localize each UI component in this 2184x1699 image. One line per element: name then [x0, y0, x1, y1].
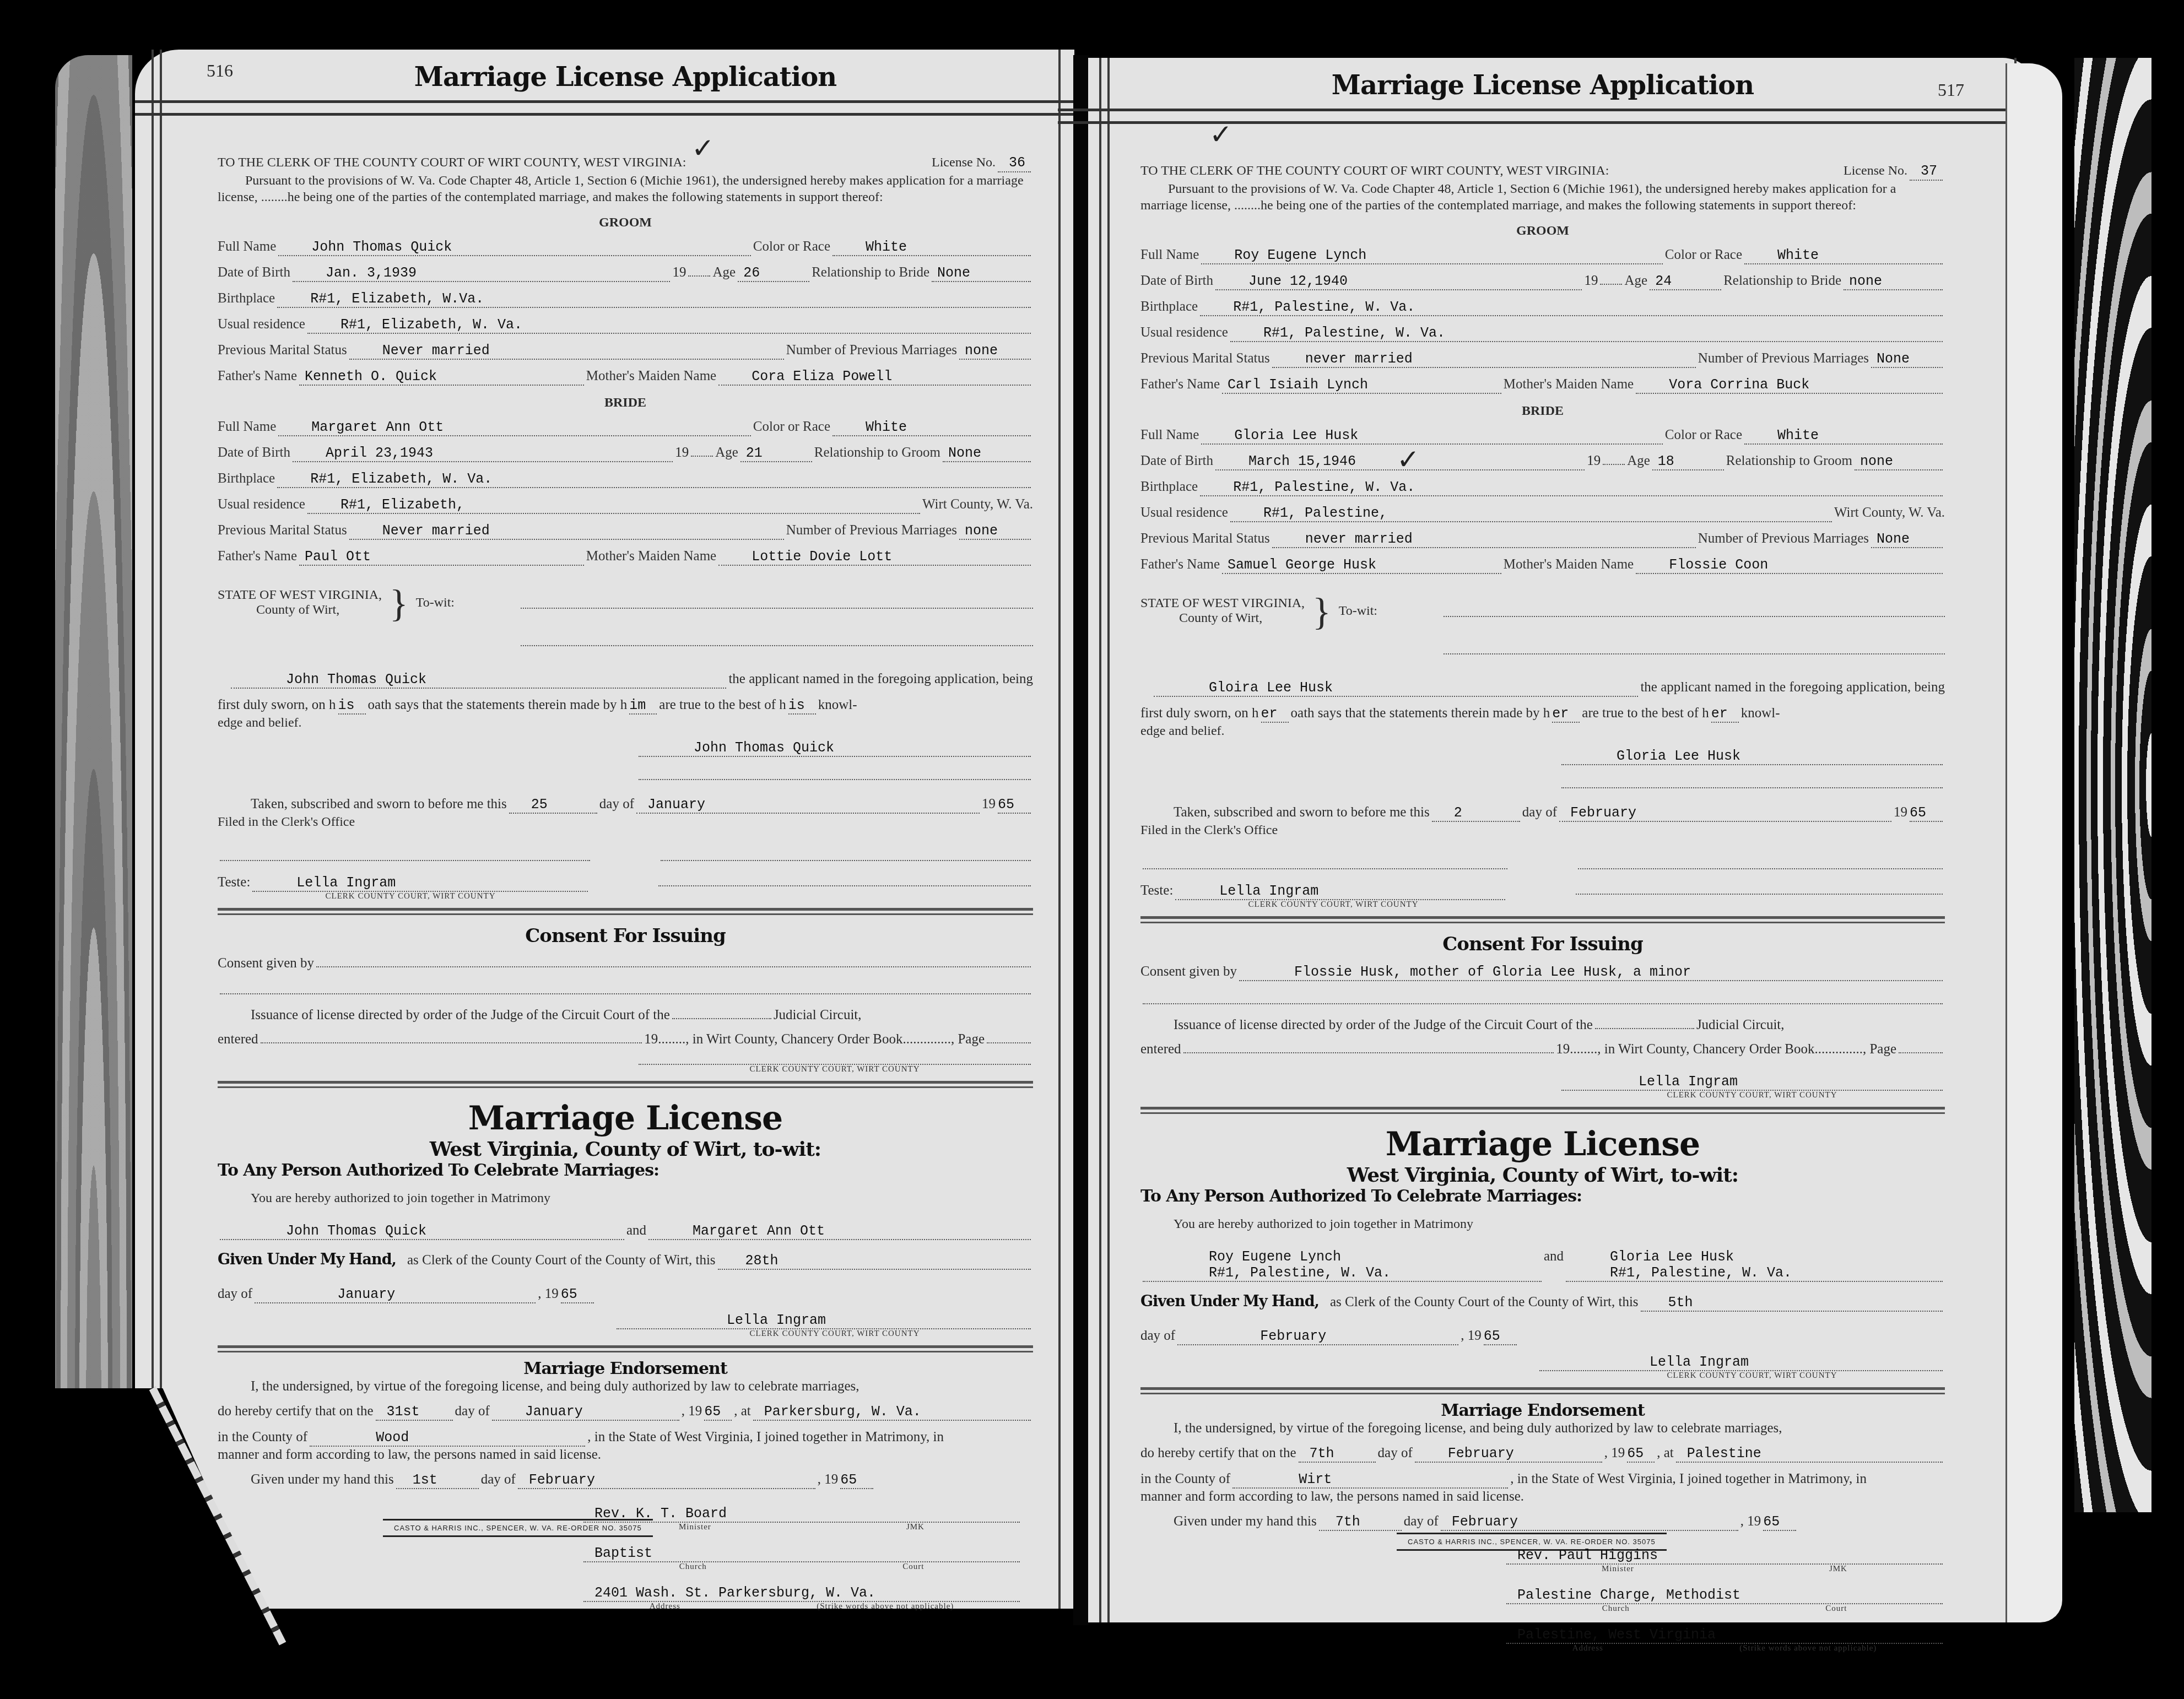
groom-age: 24 [1650, 273, 1721, 290]
form-element: Teste:Lella Ingram [1140, 880, 1945, 900]
form-text: Previous Marital Status [218, 523, 347, 538]
form-element: Roy Eugene LynchR#1, Palestine, W. Va. [1143, 1249, 1542, 1282]
form-text: Birthplace [218, 471, 275, 486]
form-element: Issuance of license directed by order of… [1174, 1018, 1945, 1033]
groom-full-name: John Thomas Quick [278, 239, 751, 256]
form-text: 5th [1641, 1295, 1943, 1312]
form-text: Wirt County, W. Va. [922, 497, 1033, 512]
form-text: Father's Name [1140, 557, 1220, 572]
form-text: , 19 [818, 1472, 839, 1487]
form-element: BirthplaceR#1, Palestine, W. Va. [1140, 299, 1945, 316]
form-text: in the County of [218, 1430, 307, 1445]
form-text: 65 [1627, 1446, 1655, 1463]
bride-residence: R#1, Palestine, [1230, 505, 1832, 522]
form-element [218, 980, 1033, 994]
form-element: Teste:Lella Ingram [218, 875, 590, 892]
form-element [521, 588, 1033, 663]
form-text: Full Name [1140, 428, 1199, 443]
book-spine [1073, 55, 1089, 1625]
form-text: Gloria Lee Husk [1561, 748, 1943, 765]
form-element: Usual residenceR#1, Elizabeth,Wirt Count… [218, 497, 1033, 514]
form-element: Full NameJohn Thomas QuickColor or RaceW… [218, 239, 1033, 256]
book-marbled-edge-left [55, 55, 132, 1443]
groom-full-name: Roy Eugene Lynch [1201, 247, 1663, 264]
form-text: JMK [906, 1523, 925, 1532]
applicant-signature: Gloria Lee Husk [1559, 748, 1945, 765]
form-text: Date of Birth [1140, 453, 1213, 469]
form-text: Minister [1602, 1565, 1634, 1574]
form-text: er [1711, 706, 1739, 723]
form-text: Age [1624, 273, 1647, 289]
form-element [1444, 596, 1945, 671]
endorsement-given: Given under my hand this7thday ofFebruar… [1174, 1514, 1945, 1531]
form-text: Usual residence [218, 317, 305, 332]
form-text: , at [734, 1404, 751, 1419]
form-element: Father's NamePaul OttMother's Maiden Nam… [218, 549, 1033, 566]
form-text: Wirt [1232, 1471, 1508, 1489]
header-rule [135, 100, 1116, 116]
bride-birthplace: R#1, Elizabeth, W. Va. [277, 471, 1031, 488]
form-element [639, 779, 1031, 780]
form-text: Relationship to Bride [812, 265, 929, 280]
form-text: the applicant named in the foregoing app… [1640, 680, 1945, 695]
teste-signature: Lella Ingram [252, 875, 588, 892]
form-text: License No. [932, 155, 996, 170]
form-text: 25 [509, 797, 597, 814]
form-element [688, 275, 710, 277]
form-element [691, 456, 713, 457]
form-text: 65 [561, 1286, 594, 1303]
form-element [1600, 284, 1622, 285]
minister-name: Rev. Paul Higgins [1506, 1548, 1943, 1565]
form-element: Date of BirthJan. 3,193919Age26Relations… [218, 265, 1033, 282]
consent-heading: Consent For Issuing [218, 925, 1033, 947]
form-text: 19 [675, 445, 689, 461]
form-element: Issuance of license directed by order of… [251, 1008, 1033, 1023]
groom-heading: GROOM [1140, 224, 1945, 239]
form-text: County of Wirt, [218, 603, 382, 618]
license-given: Given Under My Hand,as Clerk of the Coun… [1140, 1293, 1945, 1312]
form-text: , in the State of West Virginia, I joine… [587, 1430, 944, 1445]
form-text: Filed in the Clerk's Office [218, 814, 1033, 830]
form-text: Usual residence [1140, 505, 1228, 521]
form-text: knowl- [1741, 706, 1780, 721]
form-element: Full NameMargaret Ann OttColor or RaceWh… [218, 419, 1033, 436]
form-element: Previous Marital Statusnever marriedNumb… [1140, 351, 1945, 368]
form-text: 65 [1484, 1328, 1517, 1345]
form-element: Teste:Lella Ingram [218, 872, 1033, 892]
endorsement-given: Given under my hand this1stday ofFebruar… [251, 1472, 1033, 1489]
groom-relationship: None [932, 265, 1031, 282]
consent-heading: Consent For Issuing [1140, 933, 1945, 955]
form-text: day of [599, 797, 634, 812]
form-element [521, 625, 1033, 646]
form-text: 65 [704, 1404, 732, 1421]
consent-clerk-signature: Lella Ingram [1561, 1074, 1943, 1091]
endorsement-date-place: do hereby certify that on the31stday ofJ… [218, 1404, 1033, 1421]
form-text: Judicial Circuit, [774, 1008, 862, 1023]
form-text: first duly sworn, on h [218, 697, 336, 713]
consent-given-by: Consent given by [218, 956, 1033, 971]
form-element [1140, 990, 1945, 1004]
form-text: 65 [840, 1472, 873, 1489]
license-given: Given Under My Hand,as Clerk of the Coun… [218, 1251, 1033, 1270]
oath-sworn: first duly sworn, on heroath says that t… [1140, 706, 1945, 723]
form-element [1140, 1387, 1945, 1394]
form-text: February [1177, 1328, 1458, 1345]
form-element: Date of BirthJune 12,194019Age24Relation… [1140, 273, 1945, 290]
form-text: Date of Birth [218, 445, 290, 461]
groom-marital-status: never married [1272, 351, 1696, 368]
consent-given-by: Consent given byFlossie Husk, mother of … [1140, 964, 1945, 981]
form-text: Relationship to Bride [1723, 273, 1841, 289]
endorsement-county: in the County ofWirt, in the State of We… [1140, 1471, 1945, 1489]
form-text: 36 [998, 155, 1031, 172]
form-text: Margaret Ann Ott [693, 1223, 825, 1239]
bride-full-name: Margaret Ann Ott [278, 419, 751, 436]
form-element: Address(Strike words above not applicabl… [1504, 1644, 1945, 1653]
form-element [1561, 787, 1943, 788]
form-text: day of [218, 1286, 252, 1302]
bride-father: Samuel George Husk [1222, 557, 1501, 574]
form-text: edge and belief. [218, 715, 1033, 731]
license-clerk-signature: Lella Ingram [1539, 1354, 1943, 1371]
form-element: ChurchCourt [1504, 1604, 1945, 1614]
groom-age: 26 [738, 265, 809, 282]
form-text: Mother's Maiden Name [586, 369, 716, 384]
form-text: Address [1572, 1644, 1603, 1653]
license-date: day ofJanuary, 1965 [218, 1286, 1033, 1303]
bride-section: Full NameMargaret Ann OttColor or RaceWh… [218, 419, 1033, 566]
form-element [1559, 787, 1945, 788]
form-element: Lella Ingram [1537, 1354, 1945, 1371]
address-line: TO THE CLERK OF THE COUNTY COURT OF WIRT… [218, 154, 1033, 172]
applicant-signature: John Thomas Quick [636, 740, 1033, 757]
form-text: Parkersburg, W. Va. [753, 1404, 1031, 1421]
form-text: Father's Name [218, 369, 297, 384]
form-text: Relationship to Groom [814, 445, 940, 461]
form-text: do hereby certify that on the [218, 1404, 374, 1419]
form-text: Gloria Lee Husk [1610, 1249, 1734, 1265]
form-text: Birthplace [1140, 299, 1198, 315]
form-element: BirthplaceR#1, Elizabeth, W. Va. [218, 471, 1033, 488]
form-text: 19 [1587, 453, 1601, 469]
form-text: first duly sworn, on h [1140, 706, 1259, 721]
form-text: manner and form according to law, the pe… [218, 1447, 1033, 1463]
form-text: Court [902, 1562, 924, 1572]
groom-father: Kenneth O. Quick [299, 369, 584, 386]
form-element: Full NameGloria Lee HuskColor or RaceWhi… [1140, 428, 1945, 445]
form-element: Palestine Charge, Methodist [1504, 1587, 1945, 1604]
form-element [218, 847, 1033, 861]
form-element: STATE OF WEST VIRGINIA,County of Wirt, [218, 588, 382, 663]
bride-num-marriages: none [959, 523, 1031, 540]
form-text: February [1559, 805, 1891, 822]
form-element: Lella Ingram [1559, 1074, 1945, 1091]
form-element [1576, 880, 1943, 895]
form-text: Date of Birth [218, 265, 290, 280]
form-text: R#1, Palestine, W. Va. [1610, 1265, 1792, 1281]
form-text: CLERK COUNTY COURT, WIRT COUNTY [1559, 1091, 1945, 1100]
bride-age: 21 [740, 445, 812, 462]
form-text: 65 [1910, 805, 1943, 822]
form-element: Father's NameKenneth O. QuickMother's Ma… [218, 369, 1033, 386]
form-element: BirthplaceR#1, Palestine, W. Va. [1140, 479, 1945, 496]
form-text: Father's Name [1140, 377, 1220, 392]
form-element [658, 872, 1031, 886]
form-text: Issuance of license directed by order of… [251, 1008, 670, 1023]
form-text: entered [1140, 1042, 1181, 1057]
license-number: License No.36 [932, 154, 1033, 172]
form-text: Color or Race [753, 239, 830, 255]
form-title: Marriage License Application [1140, 70, 1945, 101]
form-text: Date of Birth [1140, 273, 1213, 289]
form-text: do hereby certify that on the [1140, 1446, 1296, 1461]
bride-relationship: None [943, 445, 1031, 462]
form-text: Mother's Maiden Name [1504, 557, 1634, 572]
left-page: 516 ✓ CASTO & HARRIS INC., SPENCER, W. V… [135, 50, 1074, 1609]
church-name: Baptist [583, 1545, 1020, 1562]
form-text: day of [1522, 805, 1557, 820]
form-element [218, 908, 1033, 915]
license-number: License No.37 [1844, 163, 1945, 181]
church-name: Palestine Charge, Methodist [1506, 1587, 1943, 1604]
groom-section: Full NameJohn Thomas QuickColor or RaceW… [218, 239, 1033, 386]
endorsement-county: in the County ofWood, in the State of We… [218, 1430, 1033, 1447]
state-block: STATE OF WEST VIRGINIA,County of Wirt, }… [1140, 596, 1945, 671]
license-date: day ofFebruary, 1965 [1140, 1328, 1945, 1345]
form-text: Consent given by [1140, 964, 1237, 980]
bride-heading: BRIDE [218, 396, 1033, 410]
endorsement-heading: Marriage Endorsement [218, 1359, 1033, 1378]
form-element: Rev. K. T. Board [581, 1506, 1022, 1523]
form-text: West Virginia, County of Wirt, to-wit: [218, 1138, 1033, 1161]
form-text: , 19 [1604, 1446, 1625, 1461]
sworn-date: Taken, subscribed and sworn to before me… [1174, 805, 1945, 822]
groom-mother: Cora Eliza Powell [718, 369, 1031, 386]
form-text: Color or Race [753, 419, 830, 435]
form-text: To-wit: [1339, 596, 1377, 671]
form-text: 7th [1299, 1446, 1376, 1463]
form-text: Age [715, 445, 738, 461]
form-element [1444, 634, 1945, 654]
form-element: Father's NameSamuel George HuskMother's … [1140, 557, 1945, 574]
right-page: 517 ✓ ✓ CASTO & HARRIS INC., SPENCER, W.… [1088, 58, 2036, 1622]
preamble: Pursuant to the provisions of W. Va. Cod… [218, 172, 1033, 205]
form-element: Gloria Lee HuskR#1, Palestine, W. Va. [1566, 1249, 1943, 1282]
teste-signature: Lella Ingram [1175, 883, 1505, 900]
minister-block: Rev. Paul Higgins MinisterJMK Palestine … [1504, 1548, 1945, 1653]
form-element: Margaret Ann Ott [648, 1223, 1031, 1240]
form-text: Minister [679, 1523, 711, 1532]
form-text: Age [1627, 453, 1650, 469]
form-text: oath says that the statements therein ma… [1291, 706, 1550, 721]
groom-section: Full NameRoy Eugene LynchColor or RaceWh… [1140, 247, 1945, 394]
form-text: Mother's Maiden Name [586, 549, 716, 564]
form-text: Judicial Circuit, [1696, 1018, 1785, 1033]
groom-num-marriages: none [959, 343, 1031, 360]
form-element: Marriage License Application TO THE CLER… [218, 50, 1033, 1611]
form-text: TO THE CLERK OF THE COUNTY COURT OF WIRT… [218, 154, 686, 172]
groom-relationship: none [1844, 273, 1943, 290]
form-text: manner and form according to law, the pe… [1140, 1489, 1945, 1505]
form-text: License No. [1844, 164, 1907, 178]
form-text: Birthplace [218, 291, 275, 306]
license-heading: Marriage License [1140, 1125, 1945, 1164]
form-element [220, 980, 1031, 994]
bride-heading: BRIDE [1140, 404, 1945, 419]
bride-birthplace: R#1, Palestine, W. Va. [1200, 479, 1943, 496]
form-text: Issuance of license directed by order of… [1174, 1018, 1593, 1033]
form-text: Roy Eugene Lynch [1209, 1249, 1341, 1265]
bride-father: Paul Ott [299, 549, 584, 566]
form-element: Rev. Paul Higgins [1504, 1548, 1945, 1565]
form-element: Usual residenceR#1, Elizabeth, W. Va. [218, 317, 1033, 334]
form-element: John Thomas Quick [220, 1223, 624, 1240]
groom-dob: June 12,1940 [1215, 273, 1582, 290]
form-text: as Clerk of the County Court of the Coun… [407, 1253, 716, 1268]
form-text: Previous Marital Status [218, 343, 347, 358]
form-text: day of [481, 1472, 516, 1487]
form-text: TO THE CLERK OF THE COUNTY COURT OF WIRT… [1140, 163, 1609, 181]
form-element [218, 1345, 1033, 1352]
bride-age: 18 [1652, 453, 1724, 470]
form-element [661, 847, 1031, 861]
form-text: 7th [1319, 1514, 1402, 1531]
form-element: MinisterJMK [1504, 1565, 1945, 1574]
form-text: Taken, subscribed and sworn to before me… [1174, 805, 1430, 820]
bride-mother: Lottie Dovie Lott [718, 549, 1031, 566]
bride-relationship: none [1855, 453, 1943, 470]
form-text: , at [1657, 1446, 1674, 1461]
flyleaf-edge [2005, 63, 2062, 1622]
form-element [1140, 916, 1945, 923]
form-text: entered [218, 1032, 258, 1047]
form-text: Teste: [1140, 883, 1173, 899]
form-text: 19 [1894, 805, 1907, 820]
form-element [1578, 855, 1943, 869]
form-element [1140, 1107, 1945, 1114]
form-element [1899, 1052, 1943, 1053]
form-text: Father's Name [218, 549, 297, 564]
form-text: Filed in the Clerk's Office [1140, 822, 1945, 838]
form-text: STATE OF WEST VIRGINIA, [218, 588, 382, 603]
form-element: entered19........, in Wirt County, Chanc… [1140, 1042, 1945, 1057]
form-text: February [1441, 1514, 1738, 1531]
form-element [636, 779, 1033, 780]
form-text: 19........, in Wirt County, Chancery Ord… [644, 1032, 985, 1047]
form-text: February [1415, 1446, 1602, 1463]
form-text: 2 [1432, 805, 1520, 822]
groom-birthplace: R#1, Palestine, W. Va. [1200, 299, 1943, 316]
minister-address: 2401 Wash. St. Parkersburg, W. Va. [583, 1585, 1020, 1602]
bride-residence: R#1, Elizabeth, [307, 497, 920, 514]
form-text: February [518, 1472, 815, 1489]
form-text: CLERK COUNTY COURT, WIRT COUNTY [636, 1329, 1033, 1339]
bride-marital-status: never married [1272, 531, 1696, 548]
form-element: entered19........, in Wirt County, Chanc… [218, 1032, 1033, 1047]
form-text: West Virginia, County of Wirt, to-wit: [1140, 1164, 1945, 1187]
form-text: Court [1825, 1604, 1847, 1614]
form-text: To Any Person Authorized To Celebrate Ma… [1140, 1187, 1945, 1206]
form-text: is [788, 697, 816, 715]
form-element: Palestine, West Virginia [1504, 1627, 1945, 1644]
form-text: Full Name [218, 419, 276, 435]
form-text: Gloira Lee Husk [1154, 680, 1638, 697]
form-text: I, the undersigned, by virtue of the for… [1174, 1420, 1945, 1437]
form-text: er [1261, 706, 1289, 723]
form-text [316, 966, 1031, 967]
form-text: JMK [1829, 1565, 1847, 1574]
form-element [218, 1081, 1033, 1088]
form-text: Previous Marital Status [1140, 351, 1270, 366]
form-text: Usual residence [218, 497, 305, 512]
oath-applicant: John Thomas Quickthe applicant named in … [229, 672, 1033, 689]
groom-residence: R#1, Palestine, W. Va. [1230, 325, 1943, 342]
form-text: 19 [1584, 273, 1598, 289]
form-text: Taken, subscribed and sworn to before me… [251, 797, 507, 812]
form-text: edge and belief. [1140, 723, 1945, 739]
form-text: 37 [1910, 163, 1943, 181]
form-text: You are hereby authorized to join togeth… [251, 1190, 1033, 1206]
form-text: You are hereby authorized to join togeth… [1174, 1216, 1945, 1232]
form-element: Previous Marital Statusnever marriedNumb… [1140, 531, 1945, 548]
endorsement-date-place: do hereby certify that on the7thday ofFe… [1140, 1446, 1945, 1463]
form-text: , 19 [1461, 1328, 1482, 1344]
form-text: Given Under My Hand, [218, 1251, 396, 1268]
form-text: day of [1140, 1328, 1175, 1344]
form-element: STATE OF WEST VIRGINIA,County of Wirt, [1140, 596, 1305, 671]
form-text: Flossie Husk, mother of Gloria Lee Husk,… [1239, 964, 1943, 981]
form-text: CLERK COUNTY COURT, WIRT COUNTY [1559, 1371, 1945, 1381]
form-text: Church [679, 1562, 707, 1572]
header-rule [1058, 109, 2028, 124]
form-text: 19 [672, 265, 686, 280]
bride-race: White [1744, 428, 1943, 445]
groom-father: Carl Isiaih Lynch [1222, 377, 1501, 394]
form-text: Given under my hand this [1174, 1514, 1317, 1529]
groom-residence: R#1, Elizabeth, W. Va. [307, 317, 1031, 334]
form-text: January [492, 1404, 679, 1421]
form-text: To-wit: [416, 588, 455, 663]
bride-race: White [832, 419, 1031, 436]
form-element [261, 1042, 642, 1043]
form-text: Given Under My Hand, [1140, 1293, 1319, 1310]
groom-mother: Vora Corrina Buck [1636, 377, 1943, 394]
form-text: Wirt County, W. Va. [1834, 505, 1945, 521]
form-text: day of [1404, 1514, 1439, 1529]
form-element: Address(Strike words above not applicabl… [581, 1602, 1022, 1611]
form-text: day of [455, 1404, 490, 1419]
form-element: Full NameRoy Eugene LynchColor or RaceWh… [1140, 247, 1945, 264]
groom-marital-status: Never married [349, 343, 784, 360]
form-element: 2401 Wash. St. Parkersburg, W. Va. [581, 1585, 1022, 1602]
groom-dob: Jan. 3,1939 [293, 265, 671, 282]
form-element [672, 1018, 771, 1019]
minister-address: Palestine, West Virginia [1506, 1627, 1943, 1644]
form-text: County of Wirt, [1140, 611, 1305, 626]
form-text: Color or Race [1665, 428, 1742, 443]
form-text: in the County of [1140, 1471, 1230, 1487]
form-text: and [626, 1223, 646, 1238]
form-text: Number of Previous Marriages [786, 523, 957, 538]
form-text: January [255, 1286, 536, 1303]
form-text: er [1552, 706, 1580, 723]
form-text: 28th [718, 1253, 1031, 1270]
form-text: R#1, Palestine, W. Va. [1209, 1265, 1391, 1281]
form-text: 19 [982, 797, 996, 812]
form-text: 1st [396, 1472, 479, 1489]
